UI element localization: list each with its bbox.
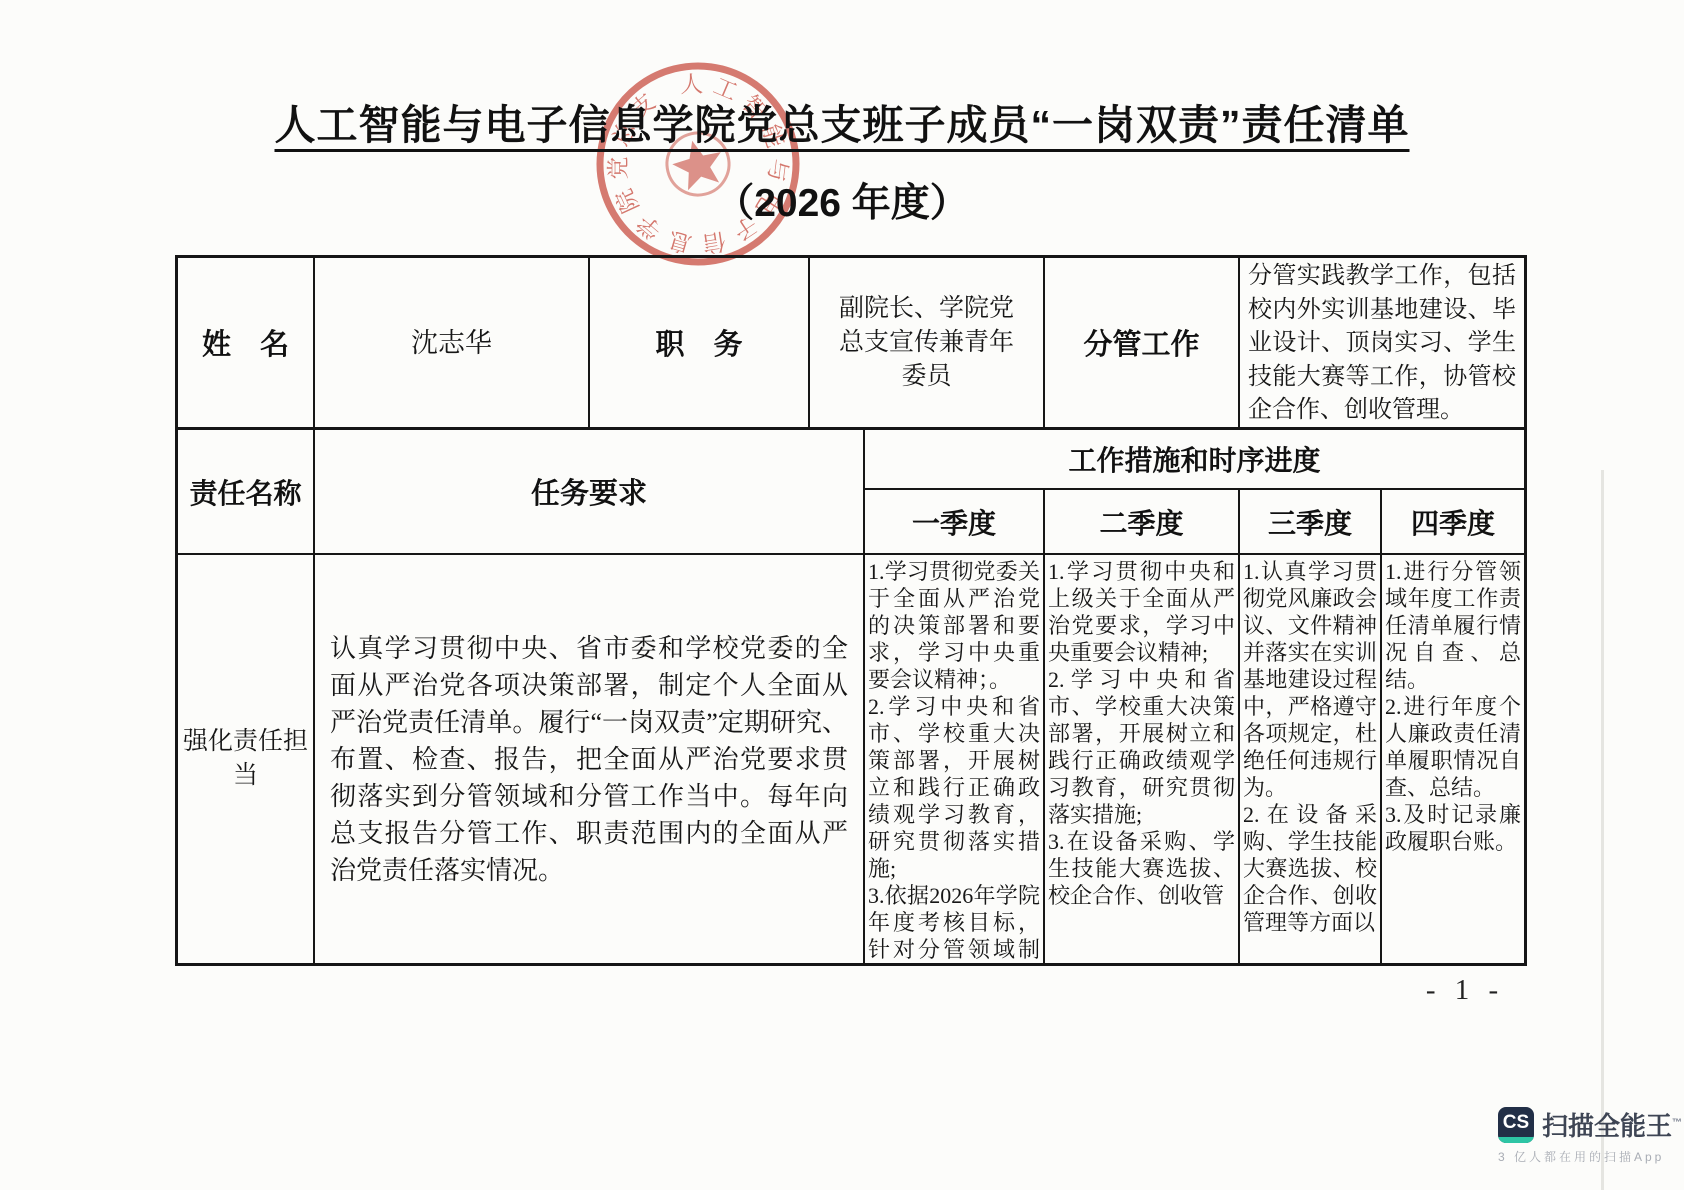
task-requirement-header-cell: 任务要求 (315, 430, 865, 555)
duty-label-cell: 分管工作 (1045, 258, 1240, 430)
quarter-4-measures-cell: 1.进行分管领域年度工作责任清单履行情况自查、总结。 2.进行年度个人廉政责任清… (1382, 555, 1524, 963)
quarter-1-measures-cell: 1.学习贯彻党委关于全面从严治党的决策部署和要求，学习中央重要会议精神；。 2.… (865, 555, 1045, 963)
quarter-3-header-cell: 三季度 (1240, 490, 1382, 555)
camscanner-tagline: 3 亿人都在用的扫描App (1498, 1148, 1668, 1165)
quarter-2-header-cell: 二季度 (1045, 490, 1240, 555)
name-value-cell: 沈志华 (315, 258, 590, 430)
quarter-1-header-cell: 一季度 (865, 490, 1045, 555)
quarter-2-measures-cell: 1.学习贯彻中央和上级关于全面从严治党要求，学习中央重要会议精神; 2.学习中央… (1045, 555, 1240, 963)
trademark-symbol: ™ (1672, 1117, 1682, 1128)
camscanner-logo-accent (1498, 1137, 1534, 1143)
responsibility-name-cell: 强化责任担当 (178, 555, 315, 963)
quarter-3-measures-cell: 1.认真学习贯彻党风廉政会议、文件精神并落实在实训基地建设过程中，严格遵守各项规… (1240, 555, 1382, 963)
page-number: - 1 - (1385, 974, 1545, 1007)
measures-header-cell: 工作措施和时序进度 (865, 430, 1524, 490)
document-subtitle: （2026 年度） (0, 172, 1684, 228)
position-label-cell: 职 务 (590, 258, 810, 430)
official-red-stamp-icon: 人工智能与电子信息学院党总支 (570, 36, 827, 293)
responsibility-table: 姓 名 沈志华 职 务 副院长、学院党总支宣传兼青年委员 分管工作 分管实践教学… (175, 255, 1527, 966)
quarter-4-header-cell: 四季度 (1382, 490, 1524, 555)
camscanner-watermark: CS 扫描全能王™ 3 亿人都在用的扫描App (1498, 1106, 1668, 1165)
responsibility-name-header-cell: 责任名称 (178, 430, 315, 555)
camscanner-brand-name: 扫描全能王™ (1542, 1106, 1682, 1143)
camscanner-logo-text: CS (1503, 1112, 1529, 1134)
scan-artifact-line (1601, 470, 1604, 1190)
document-title: 人工智能与电子信息学院党总支班子成员“一岗双责”责任清单 (0, 92, 1684, 151)
camscanner-logo-icon: CS (1498, 1107, 1534, 1143)
position-value-cell: 副院长、学院党总支宣传兼青年委员 (810, 258, 1045, 430)
duty-value-cell: 分管实践教学工作，包括校内外实训基地建设、毕业设计、顶岗实习、学生技能大赛等工作… (1240, 258, 1524, 430)
camscanner-brand-label: 扫描全能王 (1542, 1111, 1672, 1141)
scanned-document-page: 人工智能与电子信息学院党总支 人工智能与电子信息学院党总支班子成员“一岗双责”责… (0, 0, 1684, 1190)
name-label-cell: 姓 名 (178, 258, 315, 430)
task-requirement-cell: 认真学习贯彻中央、省市委和学校党委的全面从严治党各项决策部署，制定个人全面从严治… (315, 555, 865, 963)
